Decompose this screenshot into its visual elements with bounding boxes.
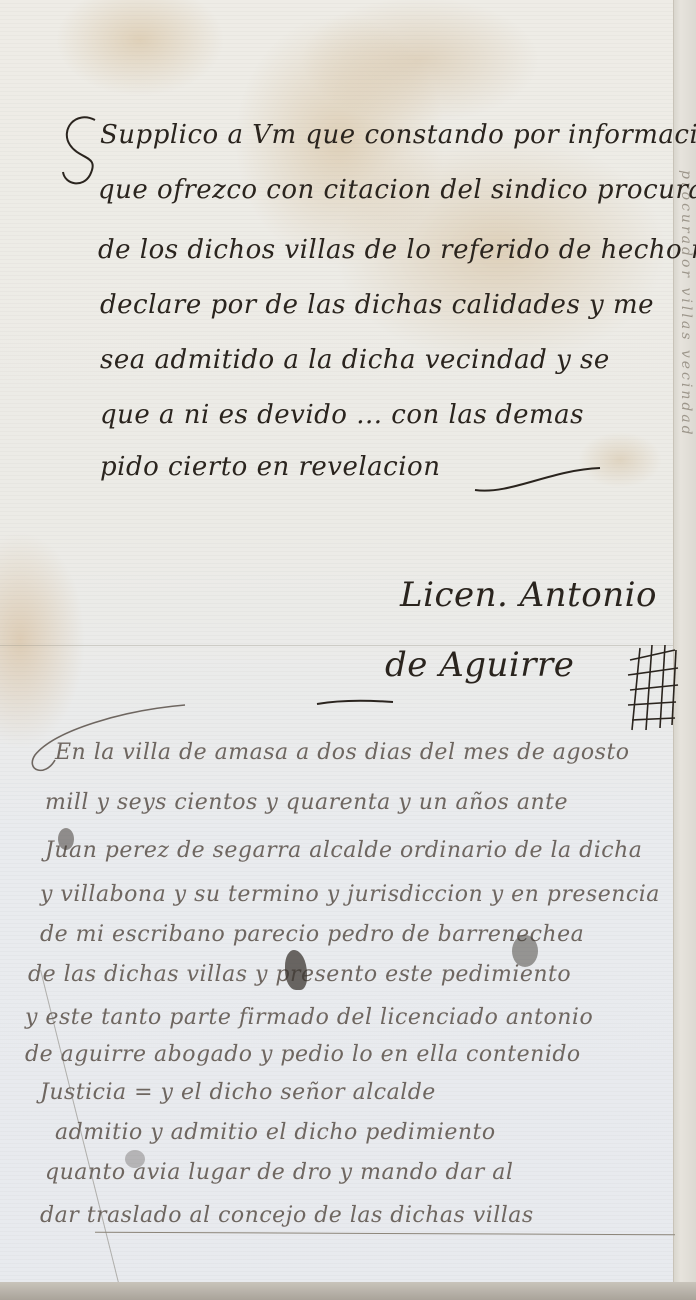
record-line: admitio y admitio el dicho pedimiento [55,1120,496,1145]
record-line: de aguirre abogado y pedio lo en ella co… [25,1042,581,1067]
signature-underline-icon [315,690,395,710]
bottom-rule [95,1232,675,1236]
petition-line: Supplico a Vm que constando por informac… [100,120,696,150]
record-line: y este tanto parte firmado del licenciad… [25,1005,593,1030]
fold-crease [0,645,680,646]
scan-bottom-edge [0,1282,696,1300]
petition-line: que ofrezco con citacion del sindico pro… [98,175,696,205]
ink-blot [58,828,74,850]
record-line: En la villa de amasa a dos dias del mes … [55,740,630,765]
record-line: Juan perez de segarra alcalde ordinario … [45,838,642,863]
signature-surname: de Aguirre [385,645,574,685]
petition-line: pido cierto en revelacion [100,452,440,482]
rubric-icon [620,640,682,735]
ink-blot [285,950,307,990]
record-line: de mi escribano parecio pedro de barrene… [40,922,584,947]
petition-line: sea admitido a la dicha vecindad y se [100,345,610,375]
margin-note: procurador villas vecindad [678,170,694,438]
record-line: Justicia = y el dicho señor alcalde [40,1080,436,1105]
record-line: quanto avia lugar de dro y mando dar al [45,1160,513,1185]
record-line: dar traslado al concejo de las dichas vi… [40,1203,534,1228]
ink-blot [512,935,538,967]
record-line: mill y seys cientos y quarenta y un años… [45,790,568,815]
signature-name: Licen. Antonio [400,575,657,615]
record-line: y villabona y su termino y jurisdiccion … [40,882,660,907]
petition-line: declare por de las dichas calidades y me [100,290,654,320]
petition-line: que a ni es devido ... con las demas [100,400,584,430]
manuscript-page: procurador villas vecindad Supplico a Vm… [0,0,696,1300]
petition-line: de los dichos villas de lo referido de h… [98,235,696,265]
line-end-flourish-icon [470,460,610,500]
ink-blot [125,1150,145,1168]
